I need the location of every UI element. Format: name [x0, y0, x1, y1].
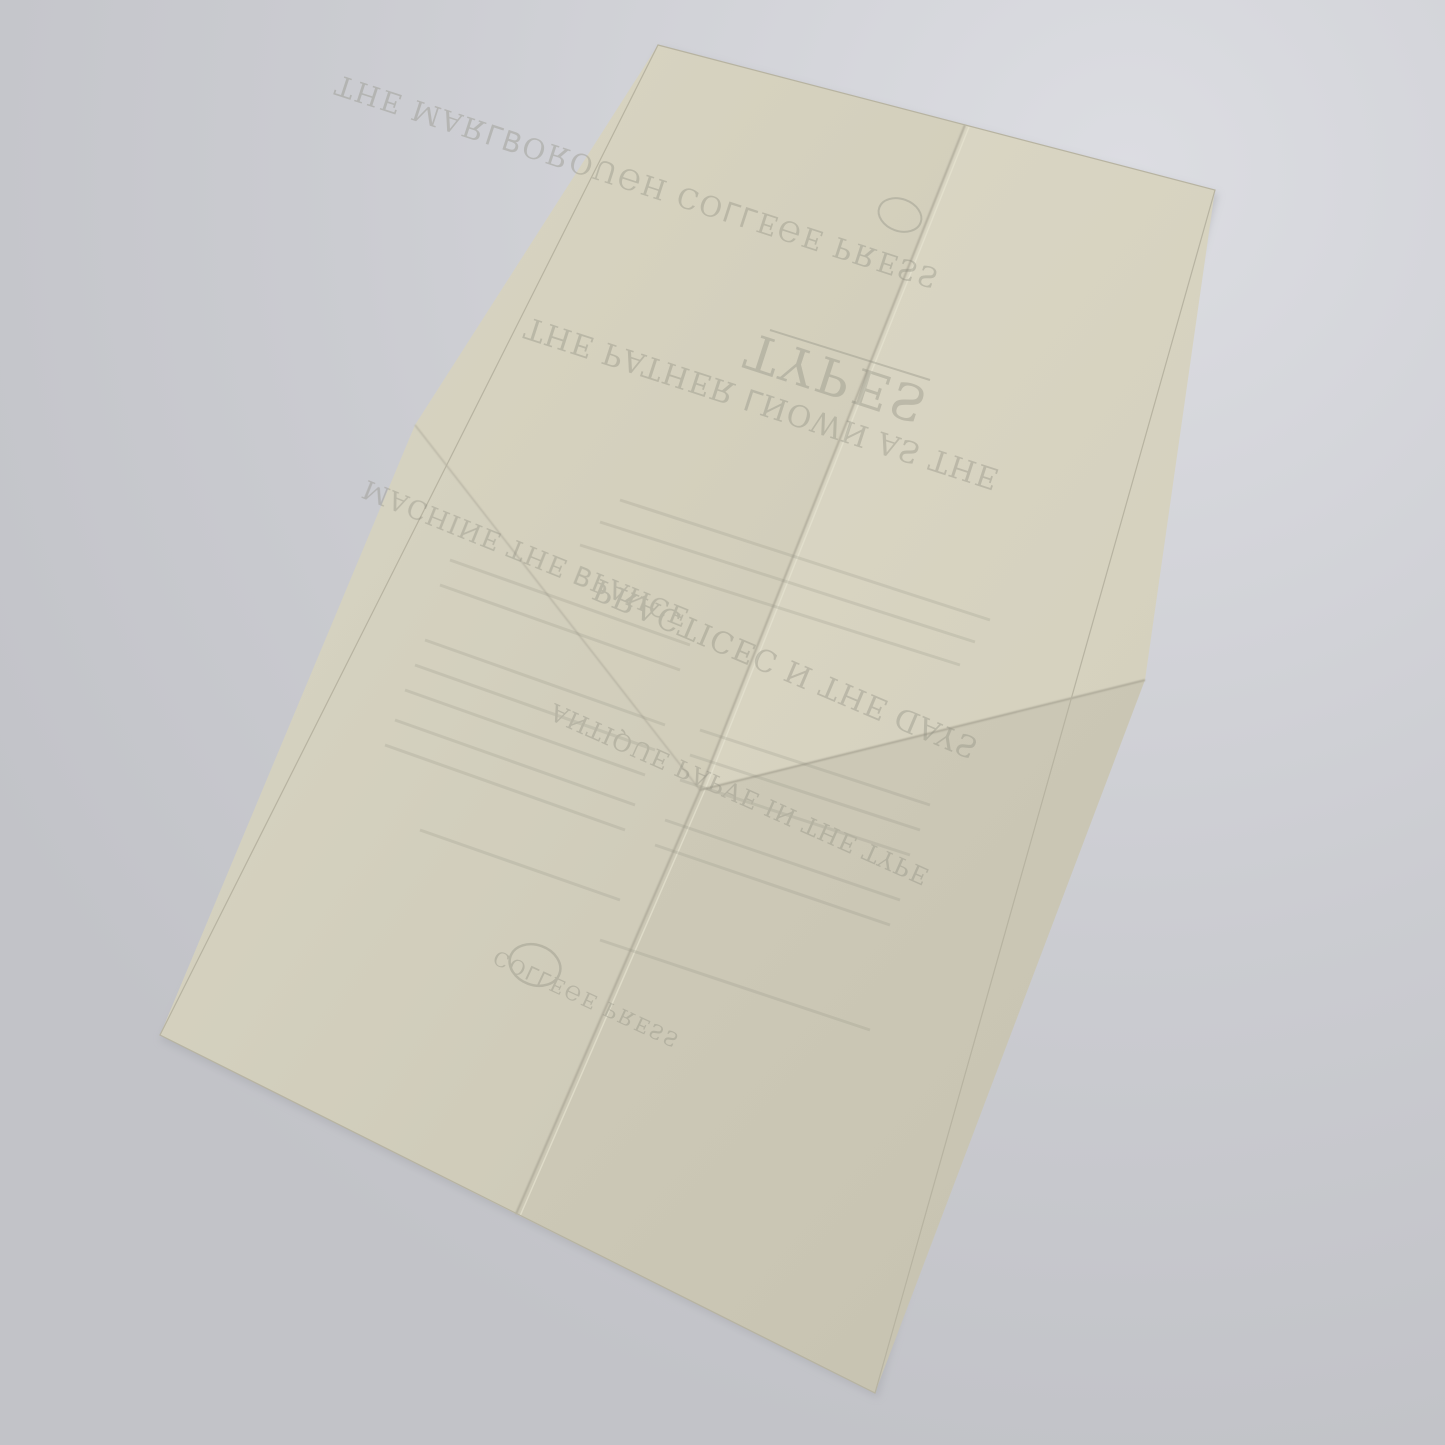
photo-scene: ƧƧƎЯꟼ ƎӘƎ⅃⅃OƆ HӘUOЯOꓭ⅃ЯAM ƎHT ƧƎꟼYT ƎHT … — [0, 0, 1445, 1445]
